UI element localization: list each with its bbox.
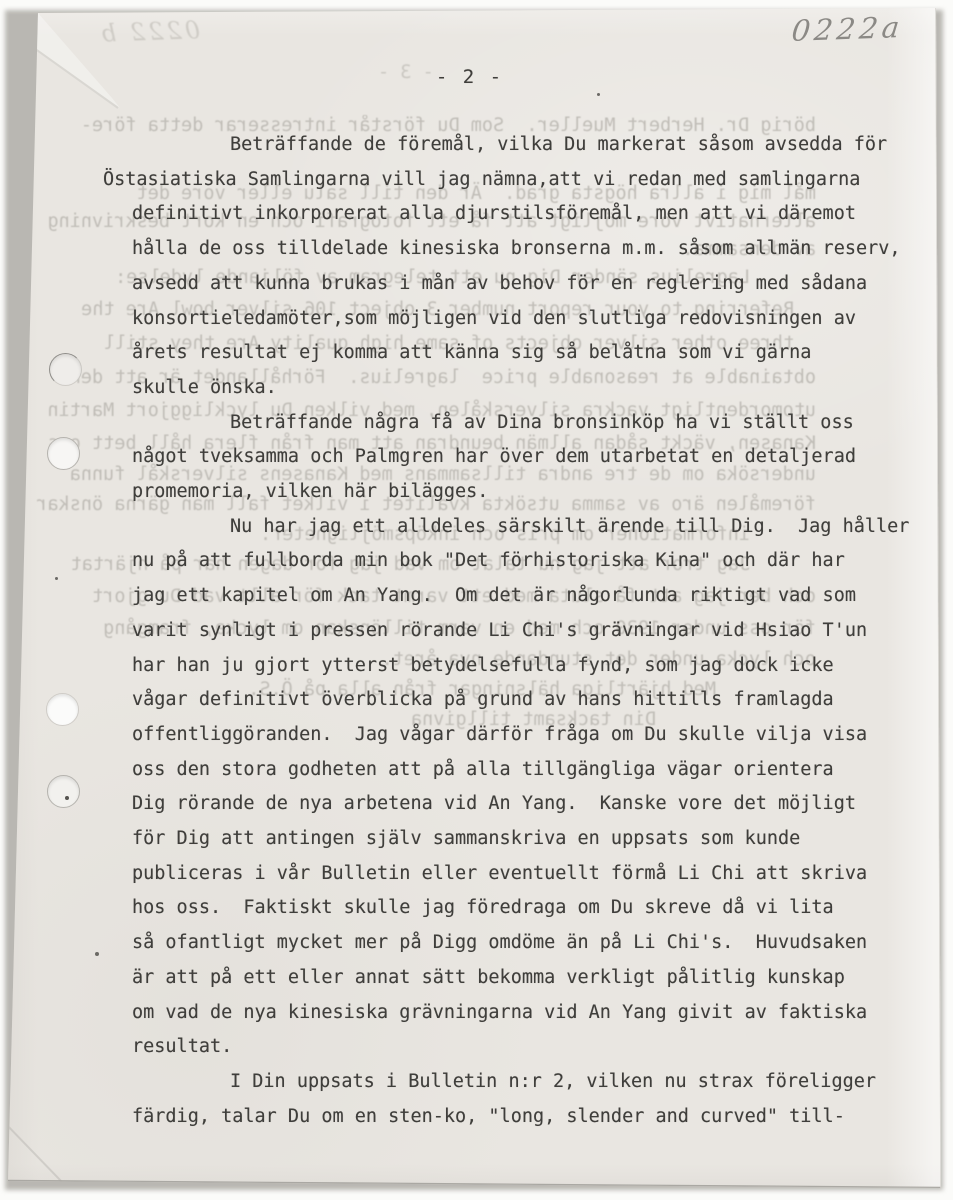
typed-line: skulle önska.	[132, 379, 277, 398]
typed-line: publiceras i vår Bulletin eller eventuel…	[132, 865, 867, 884]
typed-line: oss den stora godheten att på alla tillg…	[132, 761, 834, 780]
typed-line: Dig rörande de nya arbetena vid An Yang.…	[132, 795, 856, 814]
paper-sheet: börig Dr. Herbert Mueller. Som Du förstå…	[0, 0, 953, 1200]
typed-line: offentliggöranden. Jag vågar därför fråg…	[132, 726, 867, 745]
ink-speck	[597, 93, 600, 96]
typed-line: om vad de nya kinesiska grävningarna vid…	[132, 1004, 867, 1023]
typed-line: Beträffande några få av Dina bronsinköp …	[230, 414, 854, 433]
typed-line: har han ju gjort ytterst betydelsefulla …	[132, 657, 834, 676]
typed-line: nu på att fullborda min bok "Det förhist…	[132, 552, 845, 571]
typed-line: avsedd att kunna brukas i mån av behov f…	[132, 275, 867, 294]
punch-hole	[49, 353, 82, 386]
typed-line: årets resultat ej komma att känna sig så…	[132, 344, 811, 363]
typed-line: Östasiatiska Samlingarna vill jag nämna,…	[103, 171, 860, 190]
typed-line: hos oss. Faktiskt skulle jag föredraga o…	[132, 899, 834, 918]
typed-line: konsortieledamöter,som möjligen vid den …	[132, 310, 856, 329]
typed-line: jag ett kapitel om An Yang. Om det är nå…	[132, 587, 856, 606]
typed-line: hålla de oss tilldelade kinesiska bronse…	[132, 240, 901, 259]
typed-line: så ofantligt mycket mer på Digg omdöme ä…	[132, 934, 867, 953]
typed-line: för Dig att antingen själv sammanskriva …	[132, 830, 800, 849]
typed-line: promemoria, vilken här bilägges.	[132, 483, 488, 502]
typed-line: Beträffande de föremål, vilka Du markera…	[230, 136, 887, 155]
typed-line: Nu har jag ett alldeles särskilt ärende …	[230, 518, 909, 537]
archive-number-handwritten: 0222a	[790, 10, 905, 48]
ink-speck	[95, 952, 99, 956]
typed-text: Beträffande de föremål, vilka Du markera…	[0, 0, 953, 1200]
typed-line: varit synligt i pressen rörande Li Chi's…	[132, 622, 867, 641]
punch-hole	[46, 693, 79, 726]
typed-line: något tveksamma och Palmgren har över de…	[132, 448, 856, 467]
typed-line: färdig, talar Du om en sten-ko, "long, s…	[132, 1108, 845, 1127]
typed-line: är att på ett eller annat sätt bekomma v…	[132, 969, 845, 988]
typed-line: I Din uppsats i Bulletin n:r 2, vilken n…	[230, 1073, 876, 1092]
punch-hole	[47, 775, 80, 808]
scanned-letter-page: börig Dr. Herbert Mueller. Som Du förstå…	[0, 0, 953, 1200]
ink-speck	[65, 796, 69, 800]
typed-line: vågar definitivt överblicka på grund av …	[132, 691, 834, 710]
punch-hole	[47, 437, 80, 470]
typed-line: resultat.	[132, 1038, 232, 1057]
ink-speck	[55, 577, 58, 580]
typed-line: definitivt inkorporerat alla djurstilsfö…	[132, 205, 856, 224]
